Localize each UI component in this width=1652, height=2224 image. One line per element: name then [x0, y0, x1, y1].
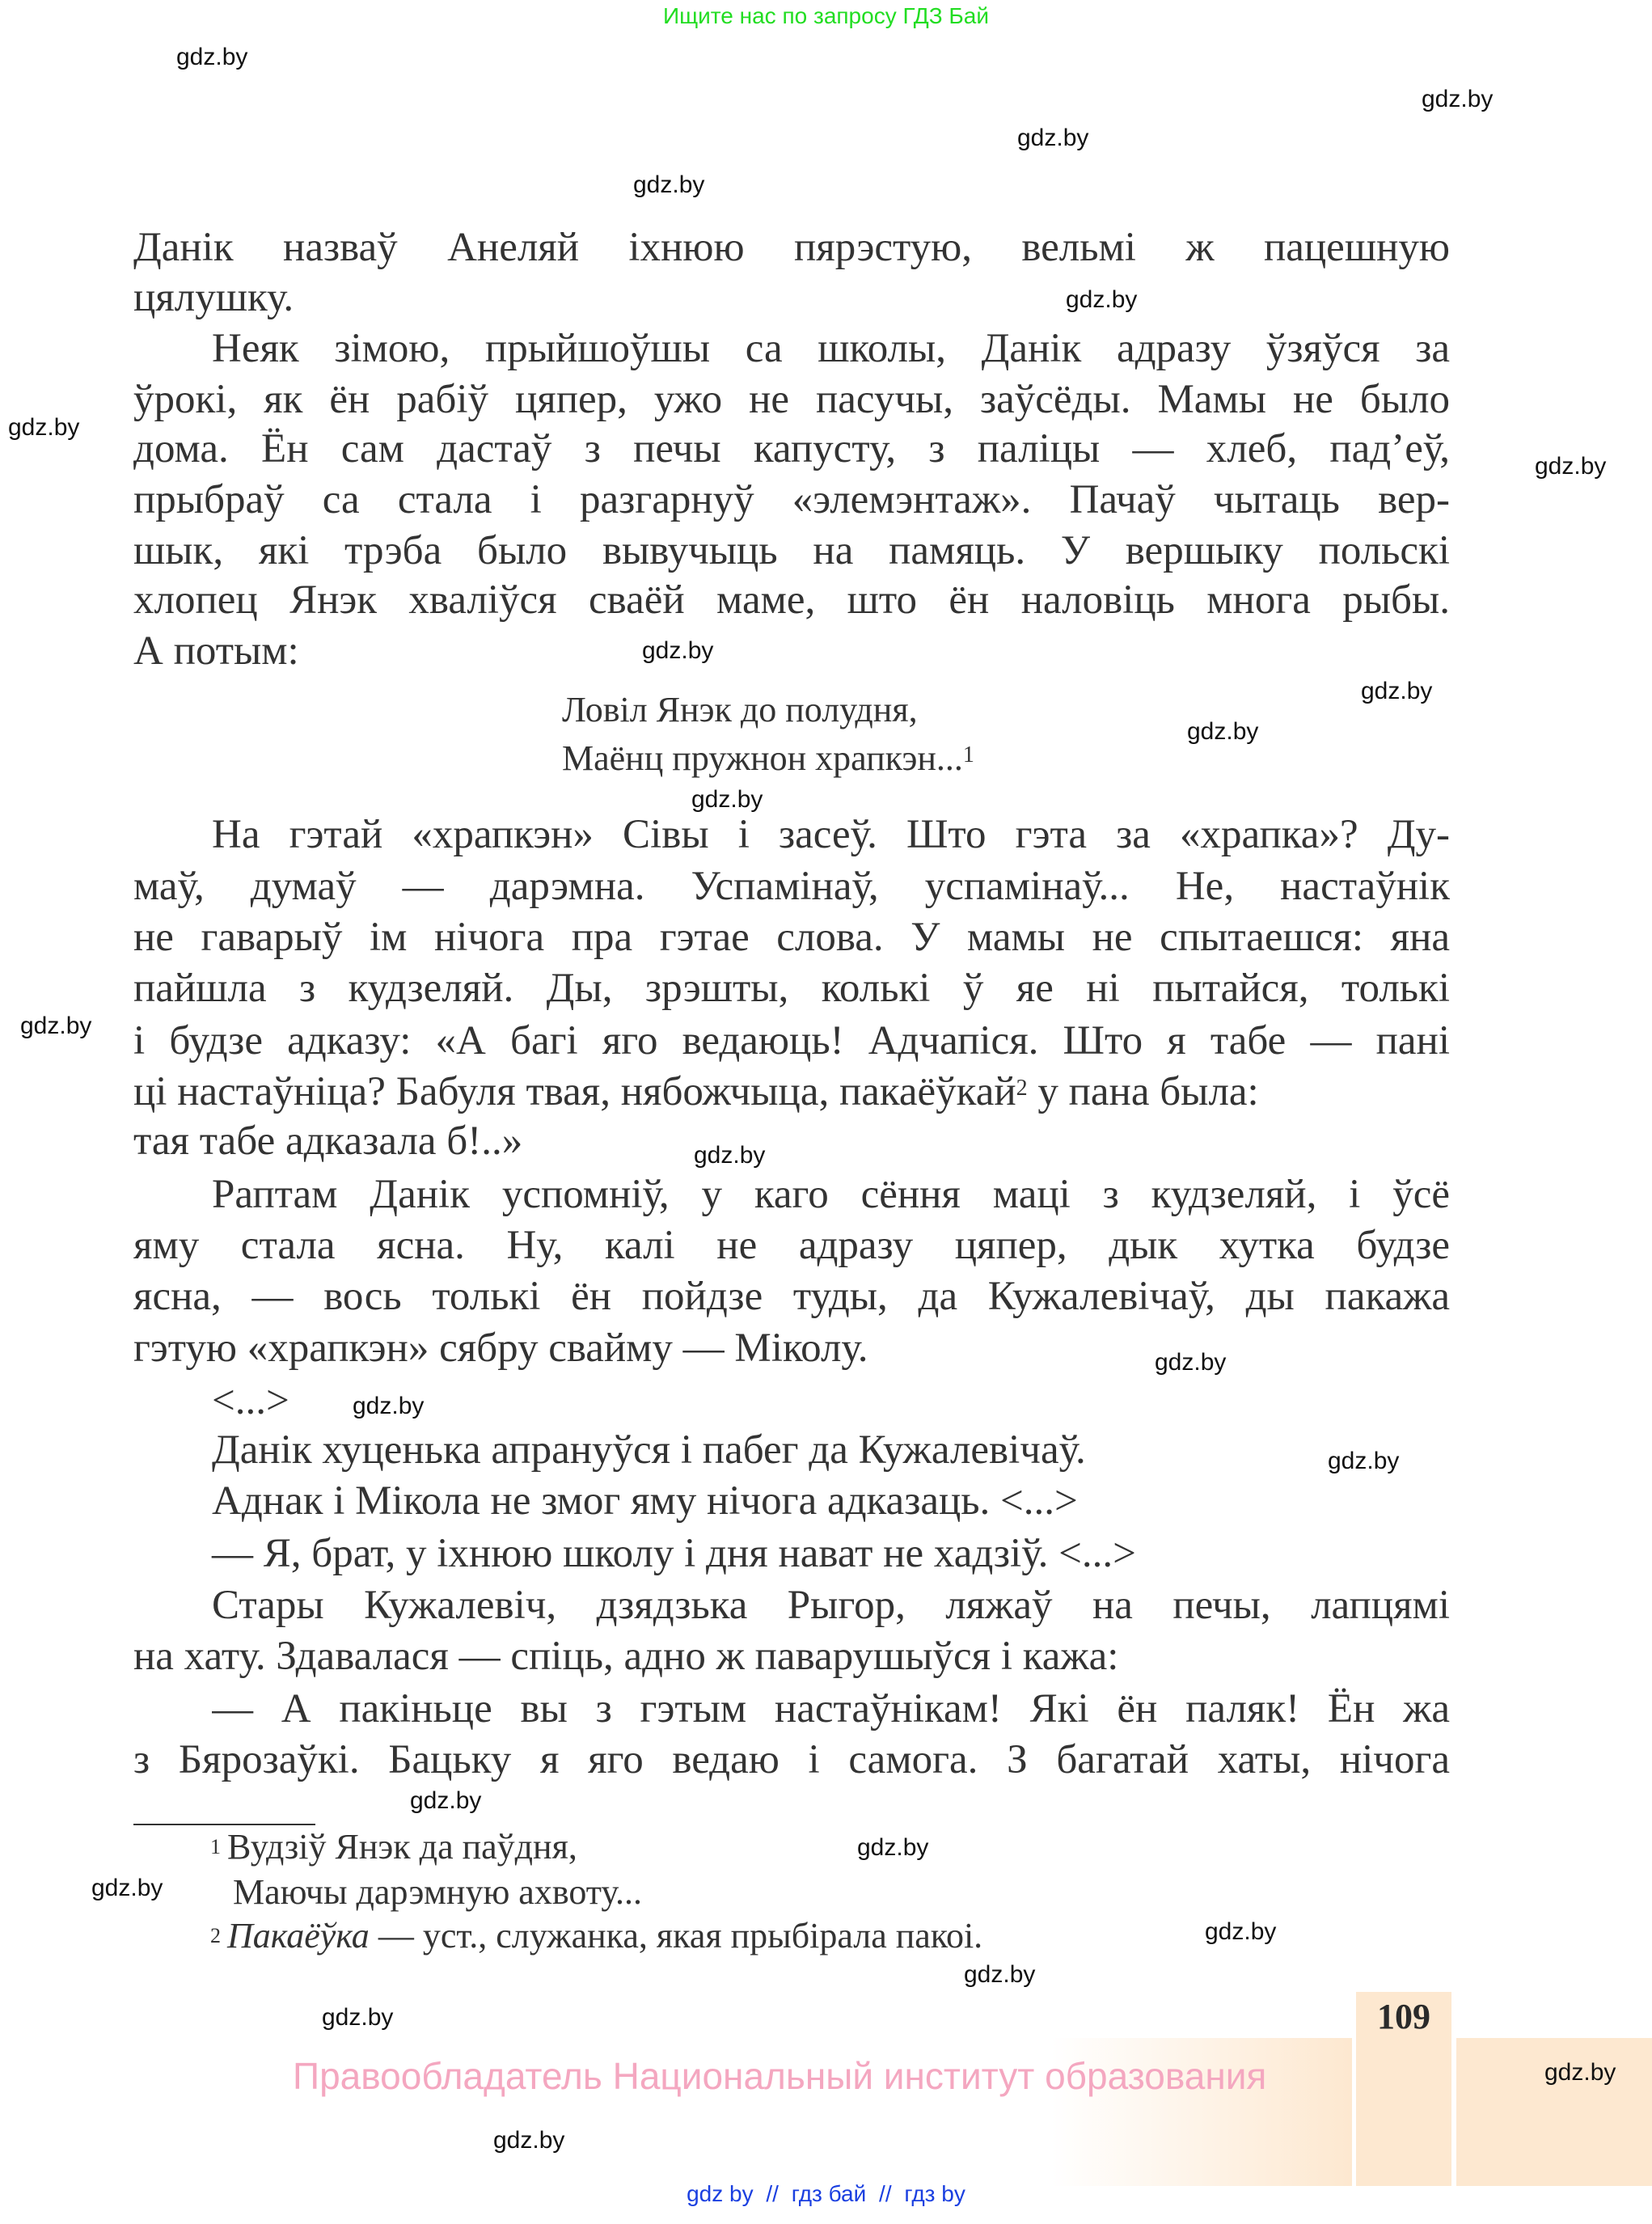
footnote-term: Пакаёўка [227, 1916, 370, 1956]
separator: // [766, 2181, 779, 2206]
text-line: Неяк зімою, прыйшоўшы са школы, Данік ад… [212, 324, 1450, 373]
text-line: не гаварыў ім нічога пра гэтае слова. У … [133, 913, 1450, 962]
verse-line: Маёнц пружнон храпкэн...1 [562, 734, 1290, 783]
footnote-1: 1Вудзіў Янэк да паўдня, [210, 1825, 577, 1869]
copyright-notice: Правообладатель Национальный институт об… [293, 2054, 1266, 2098]
footnote-ref: 1 [963, 742, 974, 767]
text-line: На гэтай «храпкэн» Сівы і засеў. Што гэт… [212, 810, 1450, 859]
text-line: з Бярозаўкі. Бацьку я яго ведаю і самога… [133, 1736, 1450, 1784]
text-line: Данік назваў Анеляй іхнюю пярэстую, вель… [133, 223, 1450, 272]
footer-link-gdz-by-cyr[interactable]: гдз by [904, 2181, 965, 2206]
footnote-1-line2: Маючы дарэмную ахвоту... [233, 1871, 642, 1914]
watermark: gdz.by [322, 2004, 393, 2032]
watermark: gdz.by [1422, 86, 1493, 113]
footer-link-gdz-bai[interactable]: гдз бай [792, 2181, 867, 2206]
text-line: — Я, брат, у іхнюю школу і дня нават не … [212, 1529, 1450, 1578]
text-line: ці настаўніца? Бабуля твая, нябожчыца, п… [133, 1068, 1450, 1116]
watermark: gdz.by [1544, 2059, 1616, 2087]
separator: // [879, 2181, 892, 2206]
text-line: шык, які трэба было вывучыць на памяць. … [133, 526, 1450, 575]
text-line: Аднак і Мікола не змог яму нічога адказа… [212, 1477, 1450, 1525]
text-line: Раптам Данік успомніў, у каго сёння маці… [212, 1170, 1450, 1219]
watermark: gdz.by [633, 171, 704, 199]
watermark: gdz.by [1205, 1918, 1276, 1946]
watermark: gdz.by [176, 44, 247, 71]
text-line: ясна, — вось толькі ён пойдзе туды, да К… [133, 1272, 1450, 1321]
text-segment: ці настаўніца? Бабуля твая, нябожчыца, п… [133, 1068, 1259, 1116]
watermark: gdz.by [691, 786, 763, 814]
verse-line: Ловіл Янэк до полудня, [562, 686, 1290, 734]
watermark: gdz.by [8, 414, 79, 442]
text-line: Стары Кужалевіч, дзядзька Рыгор, ляжаў н… [212, 1581, 1450, 1630]
search-banner: Ищите нас по запросу ГДЗ Бай [0, 3, 1652, 29]
text-line: гэтую «храпкэн» сябру свайму — Міколу. [133, 1324, 1450, 1372]
text-line: Данік хуценька апрануўся і пабег да Кужа… [212, 1426, 1450, 1474]
footnote-text: Вудзіў Янэк да паўдня, [227, 1827, 577, 1867]
text-line: і будзе адказу: «А багі яго ведаюць! Адч… [133, 1017, 1450, 1065]
footnote-text: — уст., служанка, якая прыбірала пакоі. [370, 1916, 982, 1956]
text-line: цялушку. [133, 273, 1450, 322]
footnote-ref: 2 [1016, 1076, 1028, 1101]
watermark: gdz.by [964, 1961, 1035, 1989]
watermark: gdz.by [20, 1013, 91, 1040]
watermark: gdz.by [857, 1834, 928, 1862]
watermark: gdz.by [493, 2127, 564, 2154]
footer-links: gdz by // гдз бай // гдз by [0, 2181, 1652, 2207]
text-line: пайшла з кудзеляй. Ды, зрэшты, колькі ў … [133, 964, 1450, 1013]
text-line: ўрокі, як ён рабіў цяпер, ужо не пасучы,… [133, 375, 1450, 424]
text-before-ref: ці настаўніца? Бабуля твая, нябожчыца, п… [133, 1069, 1016, 1114]
watermark: gdz.by [1535, 453, 1606, 480]
watermark: gdz.by [91, 1875, 163, 1902]
watermark: gdz.by [1017, 125, 1088, 152]
watermark: gdz.by [410, 1787, 481, 1815]
text-line: хлопец Янэк хваліўся сваёй маме, што ён … [133, 576, 1450, 624]
text-line: тая табе адказала б!..» [133, 1117, 1450, 1165]
footnote-2: 2Пакаёўка — уст., служанка, якая прыбіра… [210, 1914, 982, 1958]
text-line: дома. Ён сам дастаў з печы капусту, з па… [133, 425, 1450, 473]
footnote-number: 1 [210, 1835, 221, 1858]
footer-link-gdz-by[interactable]: gdz by [687, 2181, 754, 2206]
text-line: А потым: [133, 627, 1450, 675]
watermark: gdz.by [1361, 678, 1432, 705]
verse-text: Маёнц пружнон храпкэн... [562, 738, 963, 778]
text-line: — А пакіньце вы з гэтым настаўнікам! Які… [212, 1685, 1450, 1733]
text-line: маў, думаў — дарэмна. Успамінаў, успамін… [133, 862, 1450, 911]
text-line: прыбраў са стала і разгарнуў «элемэнтаж»… [133, 476, 1450, 524]
text-line: яму стала ясна. Ну, калі не адразу цяпер… [133, 1221, 1450, 1270]
footnote-number: 2 [210, 1924, 221, 1947]
text-line: на хату. Здавалася — спіць, адно ж павар… [133, 1632, 1450, 1681]
text-after-ref: у пана была: [1028, 1069, 1259, 1114]
page-number: 109 [1356, 1996, 1451, 2037]
omission-mark: <...> [212, 1376, 1450, 1425]
